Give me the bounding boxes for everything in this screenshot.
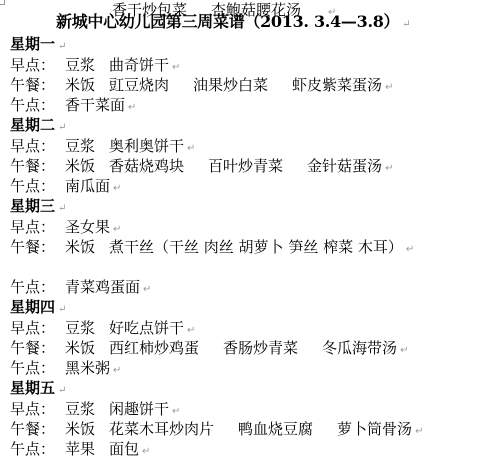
meal-label: 午点： <box>10 95 65 115</box>
meal-row-snack: 午点：黑米粥↵ <box>10 358 121 378</box>
menu-item: 香干炒包菜 <box>112 0 187 20</box>
menu-item: 油果炒白菜 <box>193 75 268 95</box>
menu-item: 青菜鸡蛋面 <box>65 277 140 297</box>
day-heading: 星期一↵ <box>10 34 66 54</box>
paragraph-mark-icon: ↵ <box>402 19 410 30</box>
meal-label: 午点： <box>10 176 65 196</box>
menu-item: 冬瓜海带汤 <box>322 338 397 358</box>
paragraph-mark-icon: ↵ <box>58 385 66 396</box>
menu-item: 好吃点饼干 <box>109 318 184 338</box>
paragraph-mark-icon: ↵ <box>385 163 393 174</box>
paragraph-mark-icon: ↵ <box>113 224 121 235</box>
paragraph-mark-icon: ↵ <box>172 406 180 417</box>
day-heading: 星期三↵ <box>10 196 66 216</box>
meal-label: 午餐： <box>10 237 65 257</box>
paragraph-mark-icon: ↵ <box>400 345 408 356</box>
paragraph-mark-icon: ↵ <box>142 446 150 457</box>
paragraph-mark-icon: ↵ <box>172 62 180 73</box>
paragraph-mark-icon: ↵ <box>58 41 66 52</box>
menu-item: 西红柿炒鸡蛋 <box>109 338 199 358</box>
meal-row-breakfast: 早点：豆浆奥利奥饼干↵ <box>10 136 195 156</box>
menu-item: 鸭血烧豆腐 <box>238 419 313 439</box>
menu-item: 米饭 <box>65 419 95 439</box>
meal-label: 午点： <box>10 439 65 459</box>
meal-row-breakfast: 早点：豆浆好吃点饼干↵ <box>10 318 195 338</box>
menu-item: 花菜木耳炒肉片 <box>109 419 214 439</box>
meal-label: 午餐： <box>10 419 65 439</box>
day-heading: 星期四↵ <box>10 297 66 317</box>
menu-item: 奥利奥饼干 <box>109 136 184 156</box>
day-heading: 星期二↵ <box>10 115 66 135</box>
meal-row-snack: 午点：香干菜面↵ <box>10 95 136 115</box>
menu-item: 香肠炒青菜 <box>223 338 298 358</box>
menu-item: 面包 <box>109 439 139 459</box>
meal-label: 早点： <box>10 55 65 75</box>
meal-row-lunch: 午餐：米饭煮干丝（干丝 肉丝 胡萝卜 笋丝 榨菜 木耳）↵ <box>10 237 414 257</box>
menu-item: 百叶炒青菜 <box>208 156 283 176</box>
paragraph-mark-icon: ↵ <box>58 203 66 214</box>
meal-row-lunch-continuation: 香干炒包菜杏鲍菇腰花汤↵ <box>112 0 336 20</box>
menu-item: 豇豆烧肉 <box>109 75 169 95</box>
menu-item: 杏鲍菇腰花汤 <box>211 0 301 20</box>
paragraph-mark-icon: ↵ <box>187 143 195 154</box>
day-name: 星期五 <box>10 379 55 397</box>
meal-row-breakfast: 早点：豆浆曲奇饼干↵ <box>10 55 180 75</box>
meal-row-snack: 午点：苹果面包↵ <box>10 439 150 459</box>
menu-item: 豆浆 <box>65 55 95 75</box>
paragraph-mark-icon: ↵ <box>385 82 393 93</box>
meal-label: 早点： <box>10 318 65 338</box>
menu-item: 南瓜面 <box>65 176 110 196</box>
menu-item: 香干菜面 <box>65 95 125 115</box>
paragraph-mark-icon: ↵ <box>58 122 66 133</box>
meal-row-snack: 午点：青菜鸡蛋面↵ <box>10 277 151 297</box>
paragraph-mark-icon: ↵ <box>113 183 121 194</box>
day-name: 星期二 <box>10 116 55 134</box>
paragraph-mark-icon: ↵ <box>187 325 195 336</box>
meal-label: 早点： <box>10 399 65 419</box>
menu-item: 虾皮紫菜蛋汤 <box>292 75 382 95</box>
menu-item: 苹果 <box>65 439 95 459</box>
paragraph-mark-icon: ↵ <box>406 244 414 255</box>
menu-item: 黑米粥 <box>65 358 110 378</box>
page-corner-mark <box>0 0 5 5</box>
meal-row-snack: 午点：南瓜面↵ <box>10 176 121 196</box>
paragraph-mark-icon: ↵ <box>415 426 423 437</box>
menu-item: 米饭 <box>65 237 95 257</box>
menu-item: 香菇烧鸡块 <box>109 156 184 176</box>
menu-item: 煮干丝（干丝 肉丝 胡萝卜 笋丝 榨菜 木耳） <box>109 237 403 257</box>
meal-row-lunch: 午餐：米饭豇豆烧肉油果炒白菜虾皮紫菜蛋汤↵ <box>10 75 393 95</box>
meal-label: 早点： <box>10 217 65 237</box>
menu-item: 闲趣饼干 <box>109 399 169 419</box>
meal-row-lunch: 午餐：米饭花菜木耳炒肉片鸭血烧豆腐萝卜筒骨汤↵ <box>10 419 423 439</box>
day-name: 星期三 <box>10 197 55 215</box>
paragraph-mark-icon: ↵ <box>113 365 121 376</box>
day-name: 星期一 <box>10 35 55 53</box>
menu-item: 豆浆 <box>65 136 95 156</box>
menu-item: 米饭 <box>65 156 95 176</box>
menu-item: 豆浆 <box>65 399 95 419</box>
paragraph-mark-icon: ↵ <box>128 102 136 113</box>
paragraph-mark-icon: ↵ <box>143 284 151 295</box>
menu-item: 圣女果 <box>65 217 110 237</box>
meal-label: 午点： <box>10 277 65 297</box>
meal-label: 午餐： <box>10 156 65 176</box>
meal-row-lunch: 午餐：米饭香菇烧鸡块百叶炒青菜金针菇蛋汤↵ <box>10 156 393 176</box>
menu-item: 米饭 <box>65 338 95 358</box>
meal-label: 午点： <box>10 358 65 378</box>
paragraph-mark-icon: ↵ <box>328 7 336 18</box>
day-name: 星期四 <box>10 298 55 316</box>
menu-item: 金针菇蛋汤 <box>307 156 382 176</box>
day-heading: 星期五↵ <box>10 378 66 398</box>
meal-label: 午餐： <box>10 338 65 358</box>
meal-label: 午餐： <box>10 75 65 95</box>
meal-row-breakfast: 早点：圣女果↵ <box>10 217 121 237</box>
meal-row-lunch: 午餐：米饭西红柿炒鸡蛋香肠炒青菜冬瓜海带汤↵ <box>10 338 408 358</box>
menu-item: 米饭 <box>65 75 95 95</box>
menu-item: 萝卜筒骨汤 <box>337 419 412 439</box>
menu-item: 豆浆 <box>65 318 95 338</box>
paragraph-mark-icon: ↵ <box>58 304 66 315</box>
menu-item: 曲奇饼干 <box>109 55 169 75</box>
meal-row-breakfast: 早点：豆浆闲趣饼干↵ <box>10 399 180 419</box>
meal-label: 早点： <box>10 136 65 156</box>
